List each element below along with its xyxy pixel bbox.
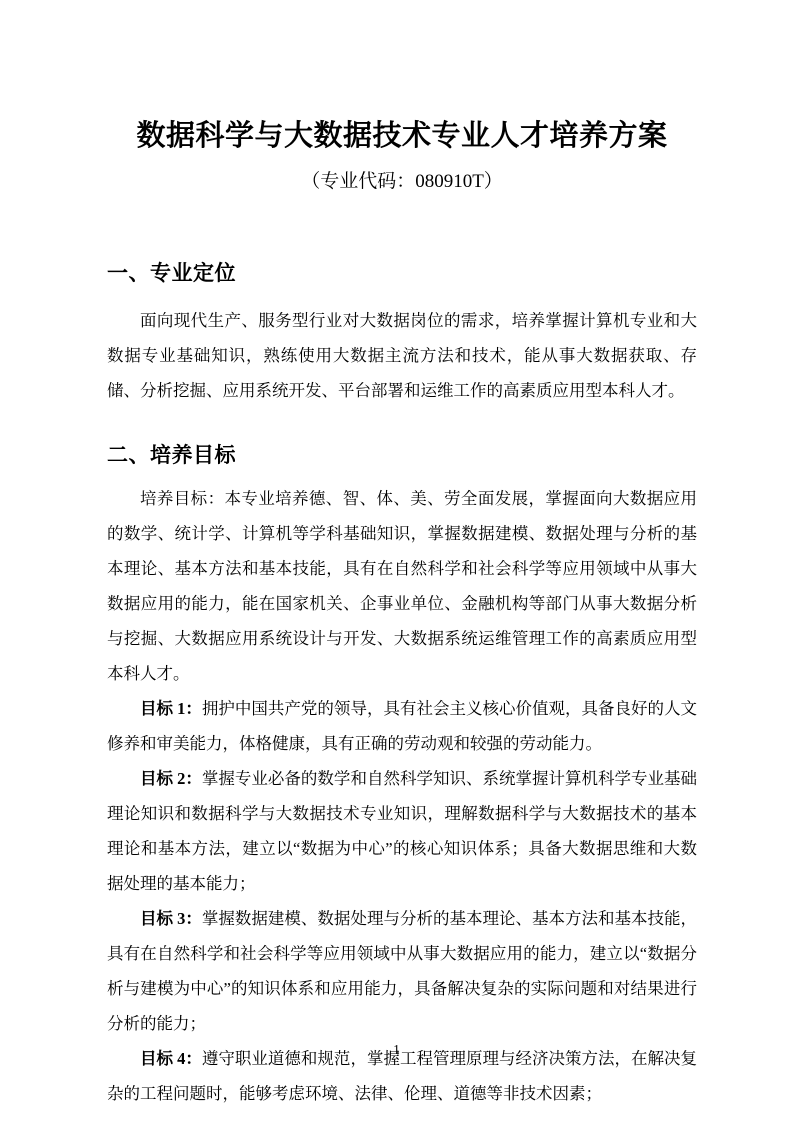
page-number: 1	[0, 1041, 793, 1059]
goal-3-paragraph: 目标 3：掌握数据建模、数据处理与分析的基本理论、基本方法和基本技能，具有在自然…	[107, 901, 697, 1041]
document-title: 数据科学与大数据技术专业人才培养方案	[107, 116, 697, 156]
document-subtitle: （专业代码：080910T）	[107, 169, 697, 195]
section-2-heading: 二、培养目标	[107, 441, 697, 471]
document-page: 数据科学与大数据技术专业人才培养方案 （专业代码：080910T） 一、专业定位…	[0, 0, 793, 1122]
training-objective-paragraph: 培养目标：本专业培养德、智、体、美、劳全面发展，掌握面向大数据应用的数学、统计学…	[107, 481, 697, 691]
goal-1-paragraph: 目标 1：拥护中国共产党的领导，具有社会主义核心价值观，具备良好的人文修养和审美…	[107, 691, 697, 761]
goal-1-label: 目标 1：	[140, 699, 202, 718]
goal-2-label: 目标 2：	[140, 769, 202, 788]
section-1-heading: 一、专业定位	[107, 259, 697, 289]
goal-3-label: 目标 3：	[140, 909, 202, 928]
section-1-paragraph: 面向现代生产、服务型行业对大数据岗位的需求，培养掌握计算机专业和大数据专业基础知…	[107, 303, 697, 408]
goal-2-paragraph: 目标 2：掌握专业必备的数学和自然科学知识、系统掌握计算机科学专业基础理论知识和…	[107, 761, 697, 901]
